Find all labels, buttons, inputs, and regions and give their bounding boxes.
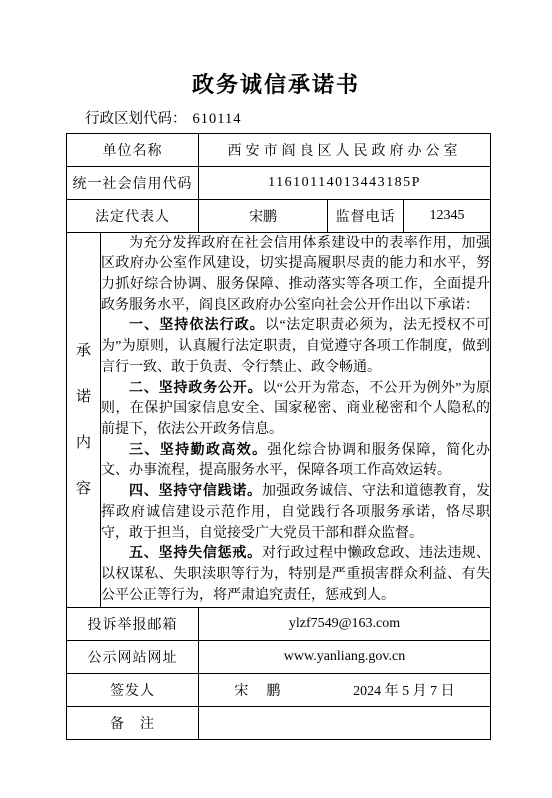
legal-rep-value: 宋鹏 [199, 200, 328, 233]
remarks-label: 备 注 [67, 707, 199, 740]
commitment-item-2-head: 二、坚持政务公开。 [129, 381, 262, 396]
table-row: 投诉举报邮箱 ylzf7549@163.com [67, 608, 491, 641]
table-row: 备 注 [67, 707, 491, 740]
admin-code-value: 610114 [193, 111, 242, 127]
remarks-value [199, 707, 491, 740]
commitment-item-4-head: 四、坚持守信践诺。 [129, 484, 262, 499]
commitment-item-4: 四、坚持守信践诺。加强政务诚信、守法和道德教育，发挥政府诚信建设示范作用，自觉践… [101, 482, 490, 544]
signer-date: 2024 年 5 月 7 日 [353, 680, 455, 700]
commitment-item-5: 五、坚持失信惩戒。对行政过程中懒政怠政、违法违规、以权谋私、失职渎职等行为，特别… [101, 544, 490, 606]
complaint-email-value: ylzf7549@163.com [199, 608, 491, 641]
commitment-table: 单位名称 西安市阎良区人民政府办公室 统一社会信用代码 116101140134… [66, 133, 491, 740]
credit-code-value: 11610114013443185P [199, 167, 491, 200]
signer-name: 宋 鹏 [234, 680, 282, 700]
signer-value: 宋 鹏 2024 年 5 月 7 日 [199, 680, 490, 700]
commitment-intro: 为充分发挥政府在社会信用体系建设中的表率作用，加强区政府办公室作风建设，切实提高… [101, 234, 490, 317]
supervision-phone-value: 12345 [404, 200, 491, 233]
admin-code-label: 行政区划代码： [85, 111, 187, 127]
complaint-email-label: 投诉举报邮箱 [67, 608, 199, 641]
table-row: 承诺内容 为充分发挥政府在社会信用体系建设中的表率作用，加强区政府办公室作风建设… [67, 233, 491, 608]
commitment-label: 承诺内容 [75, 328, 92, 512]
commitment-label-cell: 承诺内容 [67, 233, 101, 608]
commitment-item-5-head: 五、坚持失信惩戒。 [129, 546, 262, 561]
document-page: 政务诚信承诺书 行政区划代码：610114 单位名称 西安市阎良区人民政府办公室… [0, 0, 552, 798]
commitment-item-3: 三、坚持勤政高效。强化综合协调和服务保障，简化办文、办事流程，提高服务水平，保障… [101, 441, 490, 482]
admin-code-line: 行政区划代码：610114 [85, 109, 552, 129]
page-title: 政务诚信承诺书 [0, 0, 552, 100]
legal-rep-label: 法定代表人 [67, 200, 199, 233]
commitment-item-1-head: 一、坚持依法行政。 [129, 318, 265, 333]
commitment-item-1: 一、坚持依法行政。以“法定职责必须为，法无授权不可为”为原则，认真履行法定职责，… [101, 316, 490, 378]
unit-name-value: 西安市阎良区人民政府办公室 [199, 134, 491, 167]
website-value: www.yanliang.gov.cn [199, 641, 491, 674]
table-row: 单位名称 西安市阎良区人民政府办公室 [67, 134, 491, 167]
supervision-phone-label: 监督电话 [328, 200, 404, 233]
table-row: 公示网站网址 www.yanliang.gov.cn [67, 641, 491, 674]
table-row: 签发人 宋 鹏 2024 年 5 月 7 日 [67, 674, 491, 707]
commitment-item-3-head: 三、坚持勤政高效。 [129, 443, 268, 458]
commitment-content-cell: 为充分发挥政府在社会信用体系建设中的表率作用，加强区政府办公室作风建设，切实提高… [101, 233, 491, 608]
commitment-item-2: 二、坚持政务公开。以“公开为常态，不公开为例外”为原则，在保护国家信息安全、国家… [101, 379, 490, 441]
unit-name-label: 单位名称 [67, 134, 199, 167]
credit-code-label: 统一社会信用代码 [67, 167, 199, 200]
signer-value-cell: 宋 鹏 2024 年 5 月 7 日 [199, 674, 491, 707]
table-row: 法定代表人 宋鹏 监督电话 12345 [67, 200, 491, 233]
website-label: 公示网站网址 [67, 641, 199, 674]
commitment-intro-text: 为充分发挥政府在社会信用体系建设中的表率作用，加强区政府办公室作风建设，切实提高… [101, 236, 490, 313]
signer-label: 签发人 [67, 674, 199, 707]
table-row: 统一社会信用代码 11610114013443185P [67, 167, 491, 200]
